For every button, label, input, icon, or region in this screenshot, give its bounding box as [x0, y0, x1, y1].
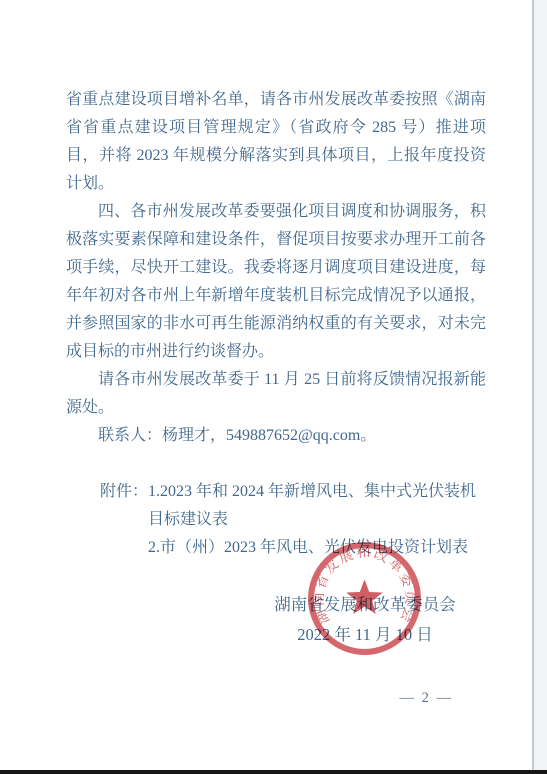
attachments-list: 1.2023 年和 2024 年新增风电、集中式光伏装机目标建议表 2.市（州）…	[148, 478, 486, 562]
document-body: 省重点建设项目增补名单，请各市州发展改革委按照《湖南省省重点建设项目管理规定》（…	[66, 86, 486, 562]
scanned-document-page: 省重点建设项目增补名单，请各市州发展改革委按照《湖南省省重点建设项目管理规定》（…	[0, 0, 547, 774]
attachments-block: 附件： 1.2023 年和 2024 年新增风电、集中式光伏装机目标建议表 2.…	[100, 478, 486, 562]
attachments-label: 附件：	[100, 478, 148, 562]
page-number: — 2 —	[400, 690, 454, 707]
attachment-item-2: 2.市（州）2023 年风电、光伏发电投资计划表	[148, 534, 486, 562]
issue-date: 2022 年 11 月 10 日	[245, 620, 485, 650]
attachment-item-1: 1.2023 年和 2024 年新增风电、集中式光伏装机目标建议表	[148, 478, 486, 534]
body-paragraph-2: 四、各市州发展改革委要强化项目调度和协调服务，积极落实要素保障和建设条件，督促项…	[66, 198, 486, 366]
scan-bottom-edge	[0, 770, 547, 774]
body-paragraph-1: 省重点建设项目增补名单，请各市州发展改革委按照《湖南省省重点建设项目管理规定》（…	[66, 86, 486, 198]
issuing-agency-name: 湖南省发展和改革委员会	[245, 590, 485, 620]
scan-page-right-edge	[532, 0, 547, 774]
signature-block: 湖南省发展和改革委员会 2022 年 11 月 10 日	[245, 590, 485, 650]
body-paragraph-3: 请各市州发展改革委于 11 月 25 日前将反馈情况报新能源处。	[66, 366, 486, 422]
contact-line: 联系人：杨理才，549887652@qq.com。	[66, 422, 486, 450]
